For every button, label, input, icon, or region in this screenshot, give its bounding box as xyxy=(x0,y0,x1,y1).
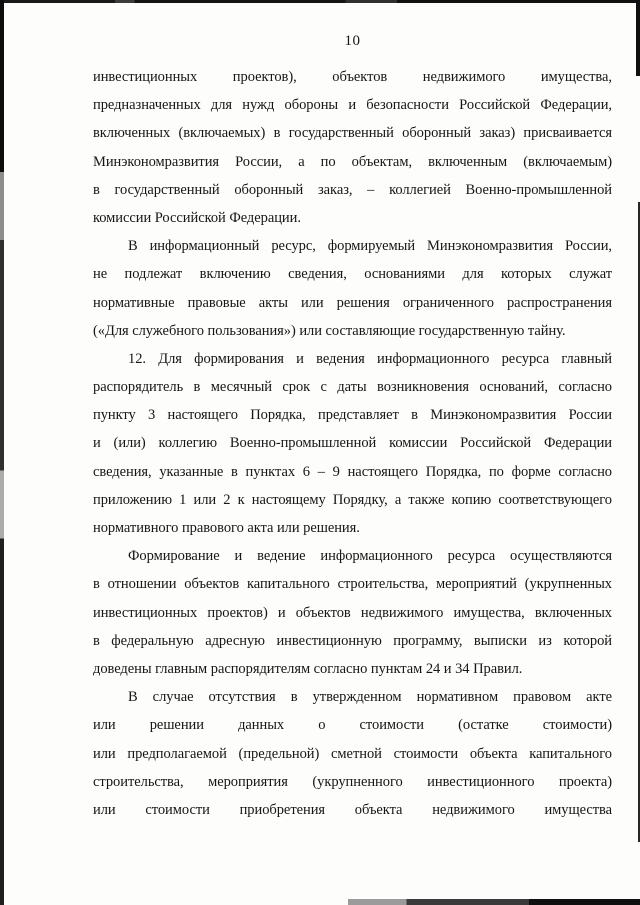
text-line: Формирование и ведение информационного р… xyxy=(93,542,612,570)
paragraph: В информационный ресурс, формируемый Мин… xyxy=(93,232,612,345)
text-line: и (или) коллегию Военно-промышленной ком… xyxy=(93,429,612,457)
document-page: 10 инвестиционных проектов), объектов не… xyxy=(0,0,640,905)
text-line: или предполагаемой (предельной) сметной … xyxy=(93,740,612,768)
text-line: или решении данных о стоимости (остатке … xyxy=(93,711,612,739)
text-line: В случае отсутствия в утвержденном норма… xyxy=(93,683,612,711)
text-line: нормативные правовые акты или решения ог… xyxy=(93,289,612,317)
text-line: 12. Для формирования и ведения информаци… xyxy=(93,345,612,373)
text-line: в федеральную адресную инвестиционную пр… xyxy=(93,627,612,655)
text-line: инвестиционных проектов) и объектов недв… xyxy=(93,599,612,627)
text-body: инвестиционных проектов), объектов недви… xyxy=(93,63,612,824)
text-line: в государственный оборонный заказ, – кол… xyxy=(93,176,612,204)
text-line: комиссии Российской Федерации. xyxy=(93,204,612,232)
text-line: Минэкономразвития России, а по объектам,… xyxy=(93,148,612,176)
paragraph: В случае отсутствия в утвержденном норма… xyxy=(93,683,612,824)
scan-edge-bottom-right xyxy=(348,899,640,905)
text-line: приложению 1 или 2 к настоящему Порядку,… xyxy=(93,486,612,514)
text-line: включенных (включаемых) в государственны… xyxy=(93,119,612,147)
text-line: строительства, мероприятия (укрупненного… xyxy=(93,768,612,796)
text-line: не подлежат включению сведения, основани… xyxy=(93,260,612,288)
text-line: («Для служебного пользования») или соста… xyxy=(93,317,612,345)
text-line: пункту 3 настоящего Порядка, представляе… xyxy=(93,401,612,429)
scan-edge-left xyxy=(0,0,4,905)
text-line: или стоимости приобретения объекта недви… xyxy=(93,796,612,824)
text-line: сведения, указанные в пунктах 6 – 9 наст… xyxy=(93,458,612,486)
paragraph: Формирование и ведение информационного р… xyxy=(93,542,612,683)
text-line: В информационный ресурс, формируемый Мин… xyxy=(93,232,612,260)
text-line: распорядитель в месячный срок с даты воз… xyxy=(93,373,612,401)
text-line: нормативного правового акта или решения. xyxy=(93,514,612,542)
scan-edge-right-top xyxy=(636,0,640,76)
text-line: предназначенных для нужд обороны и безоп… xyxy=(93,91,612,119)
paragraph: 12. Для формирования и ведения информаци… xyxy=(93,345,612,542)
text-line: доведены главным распорядителям согласно… xyxy=(93,655,612,683)
text-line: инвестиционных проектов), объектов недви… xyxy=(93,63,612,91)
paragraph: инвестиционных проектов), объектов недви… xyxy=(93,63,612,232)
page-number: 10 xyxy=(93,33,612,50)
scan-edge-top xyxy=(0,0,640,3)
text-line: в отношении объектов капитального строит… xyxy=(93,570,612,598)
